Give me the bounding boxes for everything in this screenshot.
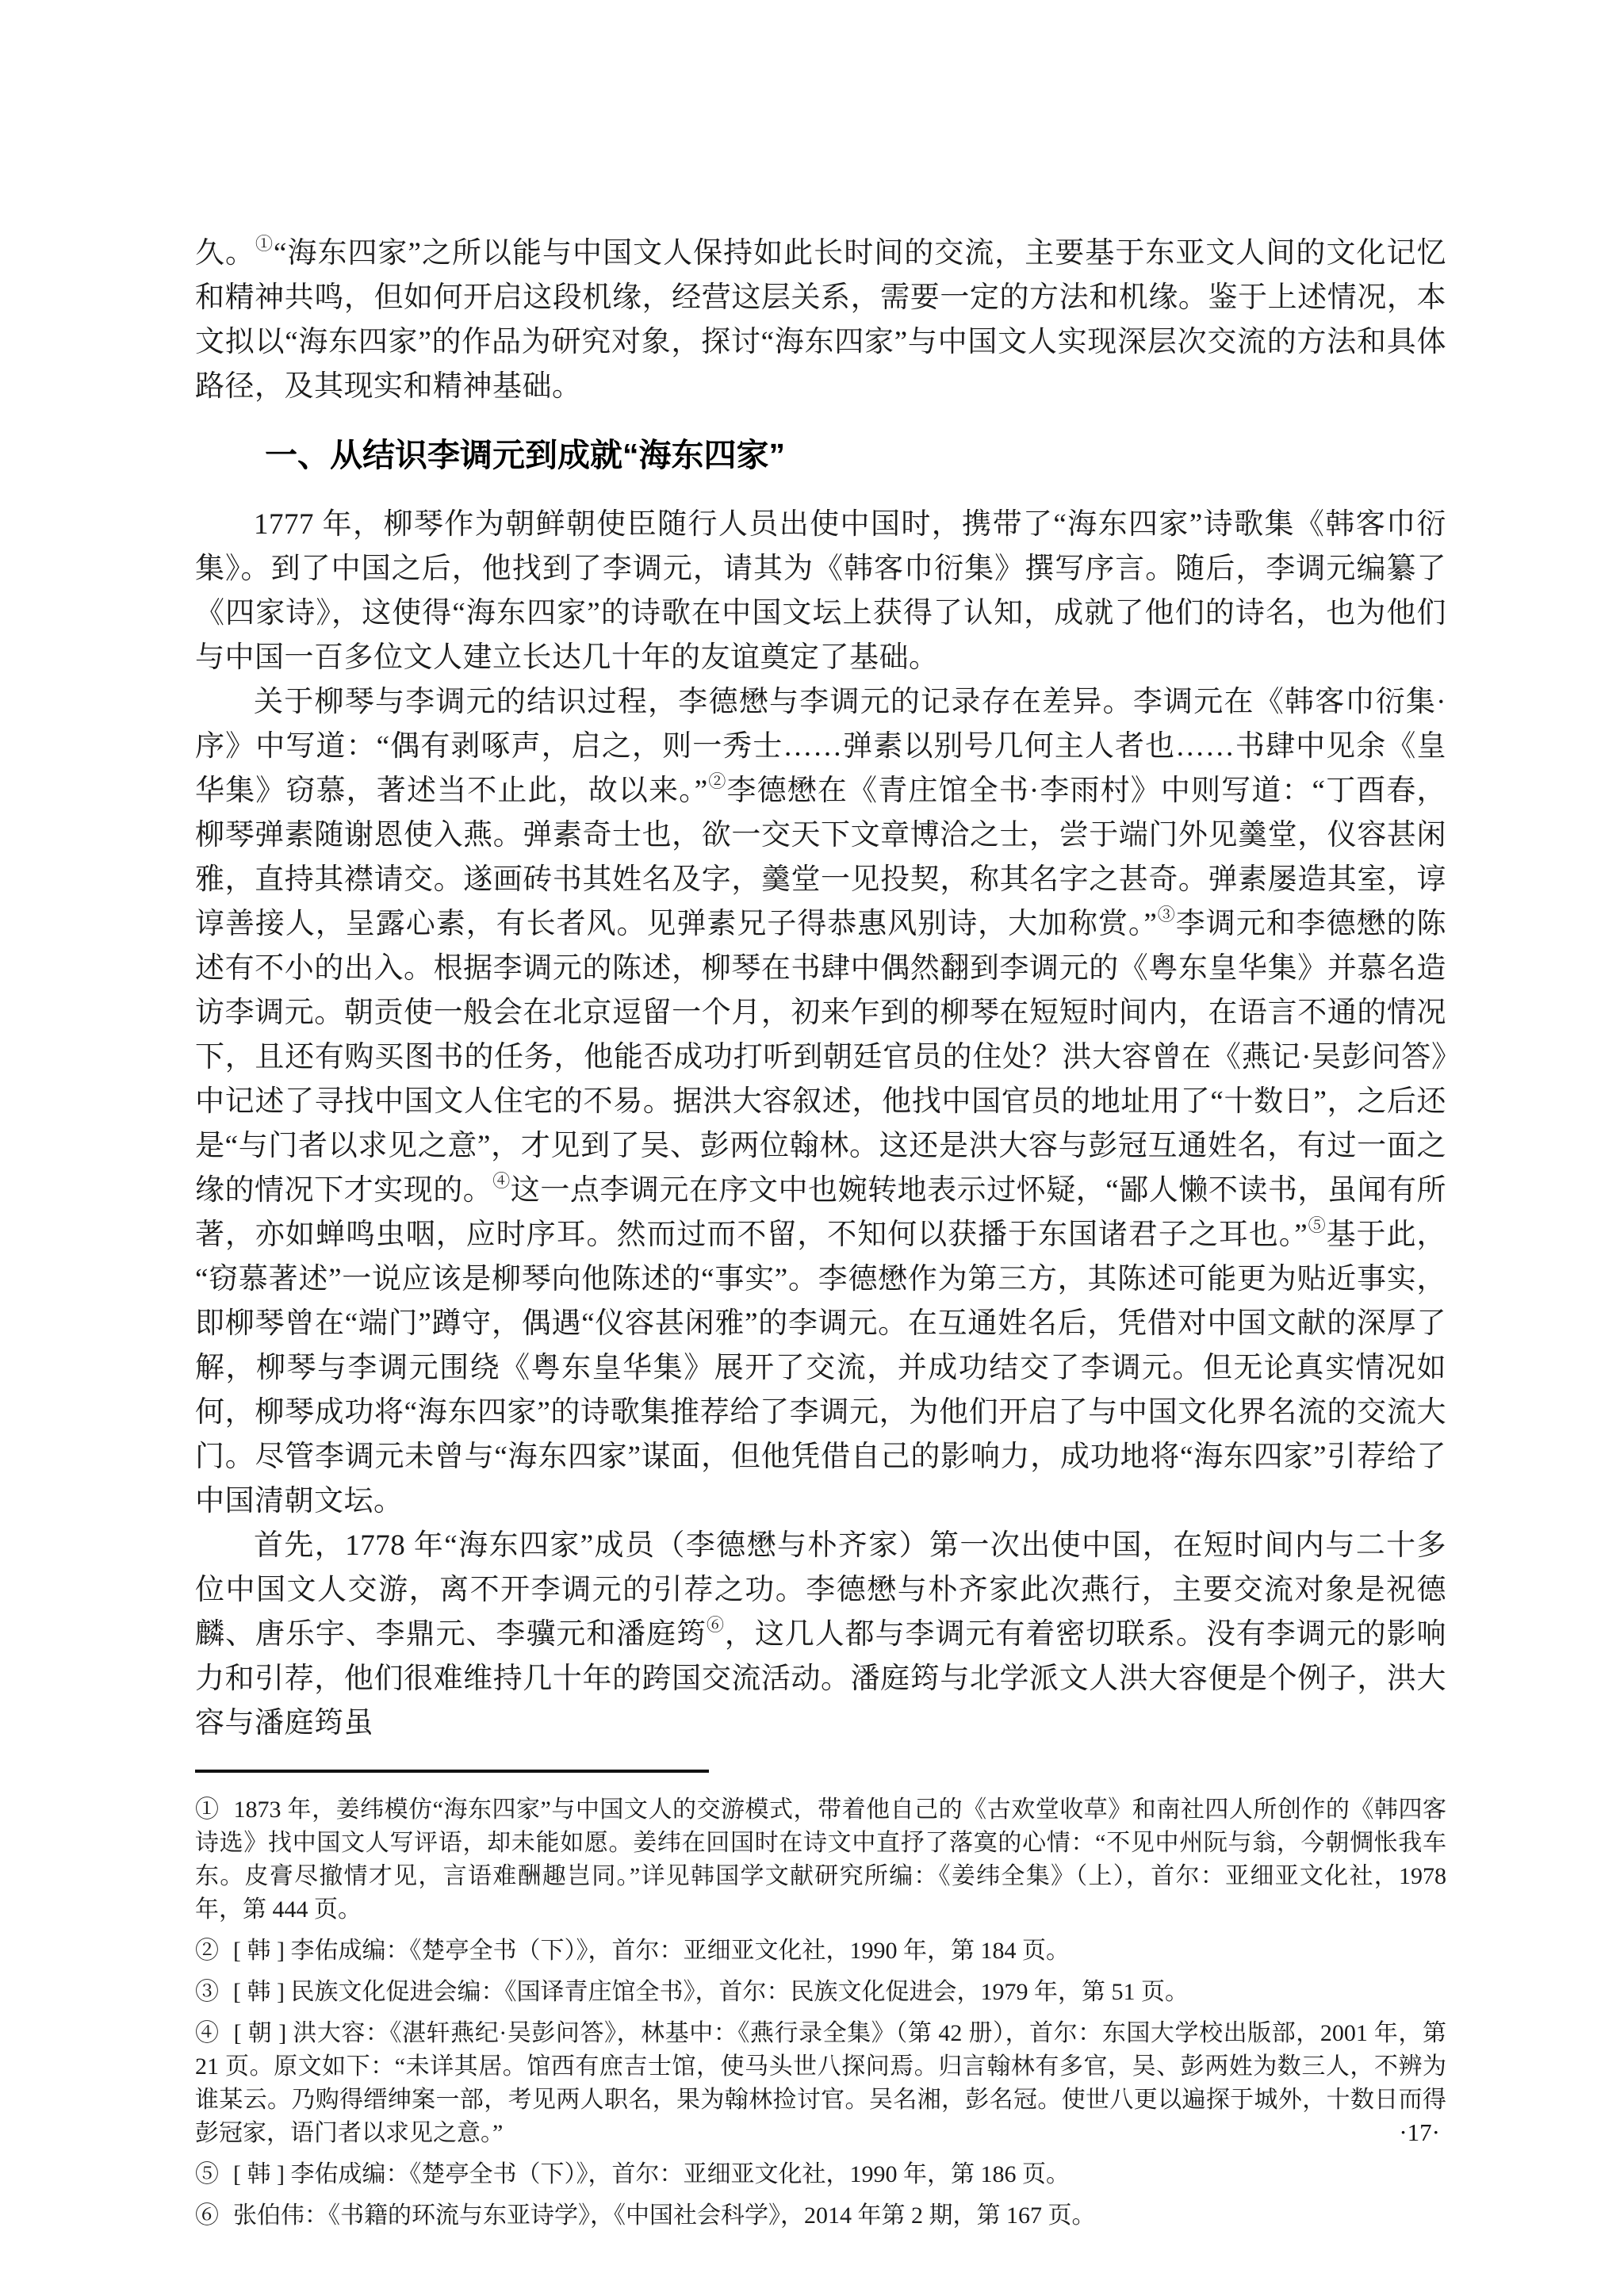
footnote-item: ③[ 韩 ] 民族文化促进会编：《国译青庄馆全书》，首尔：民族文化促进会，197…	[195, 1976, 1446, 2009]
paragraph: 1777 年，柳琴作为朝鲜朝使臣随行人员出使中国时，携带了“海东四家”诗歌集《韩…	[195, 503, 1446, 680]
footnote-text: 张伯伟：《书籍的环流与东亚诗学》，《中国社会科学》，2014 年第 2 期，第 …	[233, 2202, 1096, 2229]
footnote-marker: ①	[195, 1797, 220, 1823]
footnote-marker: ③	[195, 1979, 219, 2005]
footnote-separator	[195, 1770, 709, 1773]
section-heading: 一、从结识李调元到成就“海东四家”	[195, 433, 1446, 477]
paragraph: 首先，1778 年“海东四家”成员（李德懋与朴齐家）第一次出使中国，在短时间内与…	[195, 1524, 1446, 1746]
footnote-reference[interactable]: ⑥	[707, 1615, 725, 1635]
footnotes-section: ①1873 年，姜纬模仿“海东四家”与中国文人的交游模式，带着他自己的《古欢堂收…	[195, 1770, 1446, 2233]
footnote-item: ⑥张伯伟：《书籍的环流与东亚诗学》，《中国社会科学》，2014 年第 2 期，第…	[195, 2199, 1446, 2233]
paragraph: 久。①“海东四家”之所以能与中国文人保持如此长时间的交流，主要基于东亚文人间的文…	[195, 232, 1446, 409]
footnote-marker: ②	[195, 1938, 219, 1964]
footnote-item: ④[ 朝 ] 洪大容：《湛轩燕纪·吴彭问答》，林基中：《燕行录全集》（第 42 …	[195, 2017, 1446, 2150]
footnote-reference[interactable]: ⑤	[1308, 1215, 1326, 1235]
footnote-reference[interactable]: ④	[492, 1171, 511, 1191]
footnote-reference[interactable]: ②	[708, 771, 727, 791]
footnote-item: ⑤[ 韩 ] 李佑成编：《楚亭全书（下）》，首尔：亚细亚文化社，1990 年，第…	[195, 2158, 1446, 2191]
footnote-reference[interactable]: ③	[1157, 905, 1175, 924]
footnotes-list: ①1873 年，姜纬模仿“海东四家”与中国文人的交游模式，带着他自己的《古欢堂收…	[195, 1793, 1446, 2233]
footnote-text: 1873 年，姜纬模仿“海东四家”与中国文人的交游模式，带着他自己的《古欢堂收草…	[195, 1797, 1446, 1923]
footnote-marker: ⑤	[195, 2161, 219, 2187]
footnote-reference[interactable]: ①	[255, 234, 274, 254]
footnote-text: [ 韩 ] 李佑成编：《楚亭全书（下）》，首尔：亚细亚文化社，1990 年，第 …	[233, 1938, 1070, 1964]
footnote-item: ②[ 韩 ] 李佑成编：《楚亭全书（下）》，首尔：亚细亚文化社，1990 年，第…	[195, 1934, 1446, 1968]
footnote-text: [ 韩 ] 民族文化促进会编：《国译青庄馆全书》，首尔：民族文化促进会，1979…	[233, 1979, 1189, 2005]
footnote-marker: ⑥	[195, 2202, 219, 2229]
document-page: 久。①“海东四家”之所以能与中国文人保持如此长时间的交流，主要基于东亚文人间的文…	[0, 0, 1624, 2296]
page-number: ·17·	[1399, 2118, 1440, 2147]
footnote-item: ①1873 年，姜纬模仿“海东四家”与中国文人的交游模式，带着他自己的《古欢堂收…	[195, 1793, 1446, 1927]
paragraph: 关于柳琴与李调元的结识过程，李德懋与李调元的记录存在差异。李调元在《韩客巾衍集·…	[195, 680, 1446, 1524]
page-content: 久。①“海东四家”之所以能与中国文人保持如此长时间的交流，主要基于东亚文人间的文…	[195, 232, 1446, 2241]
footnote-marker: ④	[195, 2020, 220, 2046]
footnote-text: [ 朝 ] 洪大容：《湛轩燕纪·吴彭问答》，林基中：《燕行录全集》（第 42 册…	[195, 2020, 1446, 2146]
footnote-text: [ 韩 ] 李佑成编：《楚亭全书（下）》，首尔：亚细亚文化社，1990 年，第 …	[233, 2161, 1070, 2187]
body-paragraphs: 久。①“海东四家”之所以能与中国文人保持如此长时间的交流，主要基于东亚文人间的文…	[195, 232, 1446, 1746]
